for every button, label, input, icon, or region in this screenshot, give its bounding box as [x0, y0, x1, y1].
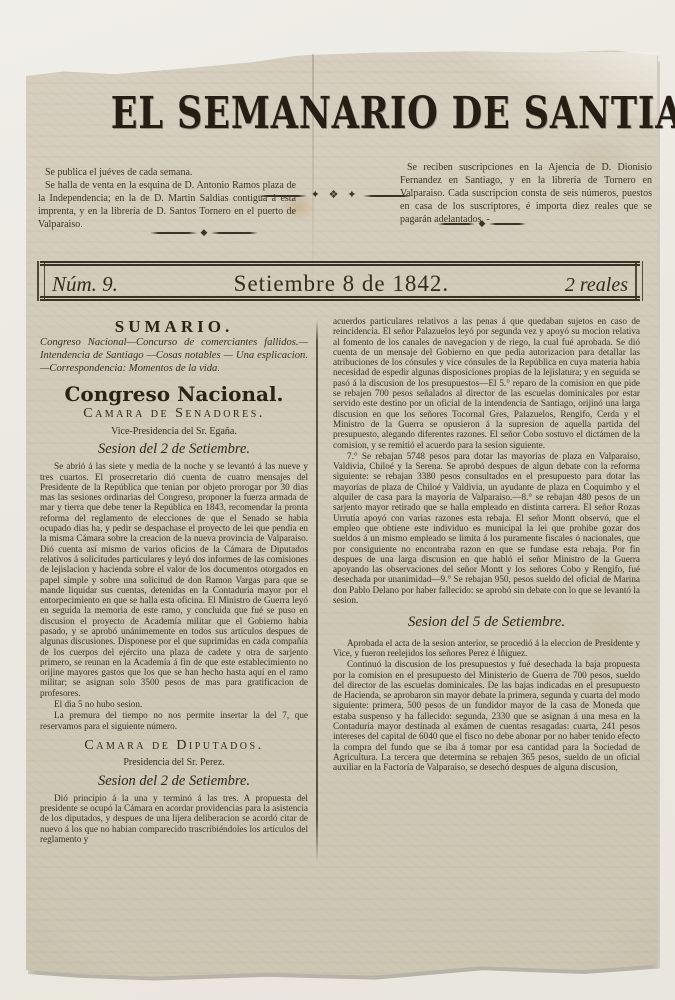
- session-heading-2-setiembre-diputados: Sesion del 2 de Setiembre.: [40, 776, 308, 786]
- issue-bar: Núm. 9. Setiembre 8 de 1842. 2 reales: [40, 261, 640, 301]
- publication-notice-line2: Se halla de venta en la esquina de D. An…: [38, 179, 296, 231]
- center-divider-ornament: ✦ ❖ ✦: [258, 190, 412, 201]
- left-dash-ornament: ◆: [150, 228, 258, 237]
- session-heading-2-setiembre-senado: Sesion del 2 de Setiembre.: [40, 444, 308, 454]
- issue-number: Núm. 9.: [52, 272, 118, 297]
- body-paragraph: Continuó la discusion de los presupuesto…: [333, 659, 640, 772]
- body-paragraph: Dió principio á la una y terminó á las t…: [40, 793, 308, 844]
- body-paragraph: La premura del tiempo no nos permite ins…: [40, 710, 308, 731]
- subscription-notice-text: Se reciben suscripciones en la Ajencia d…: [400, 161, 652, 226]
- body-paragraph: El dia 5 no hubo sesion.: [40, 699, 308, 709]
- chamber-heading-senadores: Camara de Senadores.: [40, 409, 308, 419]
- sumario-heading: SUMARIO.: [40, 322, 308, 332]
- ornament-rule-icon: [150, 232, 197, 234]
- left-column: SUMARIO. Congreso Nacional—Concurso de c…: [40, 316, 308, 844]
- ornament-rule-icon: [438, 223, 475, 225]
- presidency-line-diputados: Presidencia del Sr. Perez.: [40, 758, 308, 768]
- session-heading-5-setiembre: Sesion del 5 de Setiembre.: [333, 617, 640, 627]
- diamond-icon: ◆: [197, 228, 212, 237]
- section-heading-congreso-nacional: Congreso Nacional.: [40, 389, 308, 399]
- ornament-rule-icon: [258, 195, 307, 197]
- issue-date: Setiembre 8 de 1842.: [234, 271, 449, 297]
- masthead: EL SEMANARIO DE SANTIAGO.: [30, 90, 650, 138]
- ornament-rule-icon: [211, 232, 258, 234]
- body-paragraph: Se abrió á las siete y media de la noche…: [40, 461, 308, 698]
- fleuron-icon: ✦ ❖ ✦: [307, 190, 364, 201]
- body-paragraph: acuerdos particulares relativos a las pe…: [333, 316, 640, 450]
- diamond-icon: ◆: [475, 219, 490, 228]
- right-column: acuerdos particulares relativos a las pe…: [333, 316, 640, 772]
- presidency-line-senadores: Vice-Presidencia del Sr. Egaña.: [40, 427, 308, 437]
- publication-notice-line1: Se publica el juéves de cada semana.: [38, 166, 296, 179]
- sumario-contents: Congreso Nacional—Concurso de comerciant…: [40, 337, 308, 376]
- subscription-notice: Se reciben suscripciones en la Ajencia d…: [400, 161, 652, 226]
- chamber-heading-diputados: Camara de Diputados.: [40, 741, 308, 751]
- ornament-rule-icon: [489, 223, 526, 225]
- newspaper-scan-page: EL SEMANARIO DE SANTIAGO. Se publica el …: [0, 0, 675, 1000]
- masthead-title: EL SEMANARIO DE SANTIAGO.: [111, 90, 675, 138]
- body-paragraph: Aprobada el acta de la sesion anterior, …: [333, 638, 640, 659]
- column-divider-rule: [316, 320, 318, 862]
- right-dash-ornament: ◆: [438, 219, 526, 228]
- ornament-rule-icon: [363, 195, 412, 197]
- issue-price: 2 reales: [565, 274, 628, 297]
- body-paragraph: 7.° Se rebajan 5748 pesos para dotar las…: [333, 451, 640, 605]
